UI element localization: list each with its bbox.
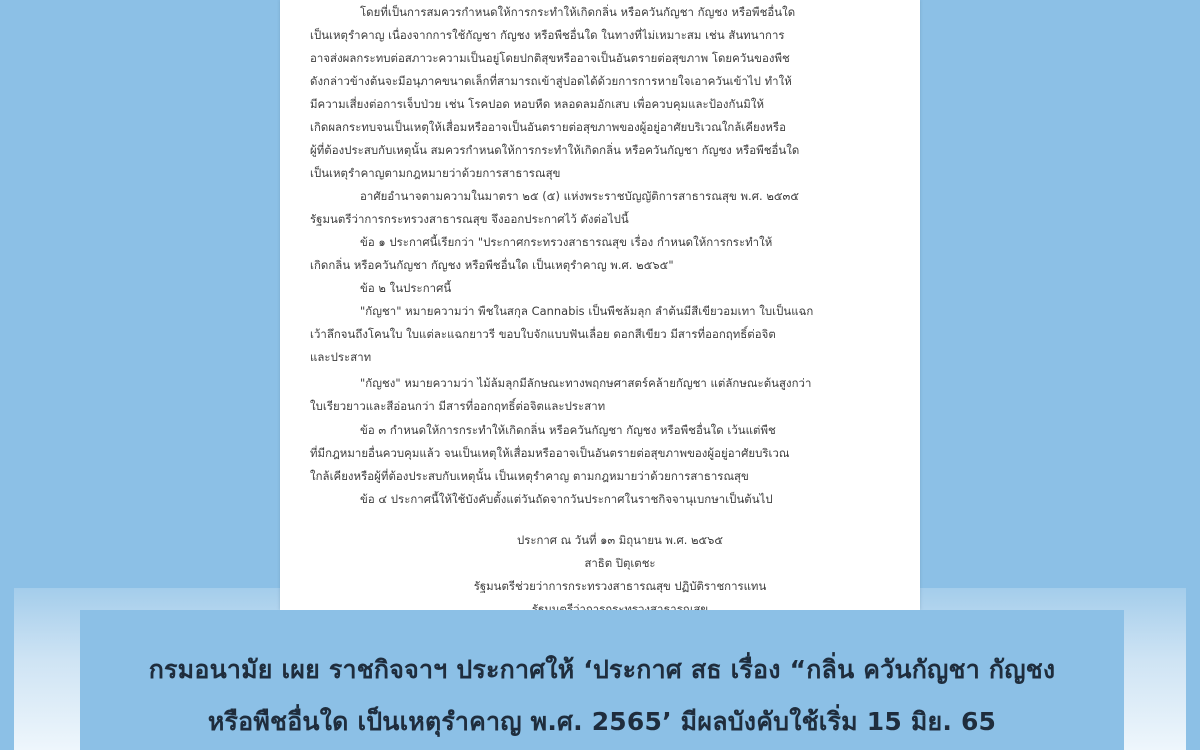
preamble-line: เป็นเหตุรำคาญตามกฎหมายว่าด้วยการสาธารณสุ… bbox=[310, 163, 560, 183]
definition-cannabis-line: เว้าลึกจนถึงโคนใบ ใบแต่ละแฉกยาวรี ขอบใบจ… bbox=[310, 324, 776, 344]
clause-4-line: ข้อ ๔ ประกาศนี้ให้ใช้บังคับตั้งแต่วันถัด… bbox=[360, 489, 773, 509]
signature-position-2: รัฐมนตรีว่าการกระทรวงสาธารณสุข bbox=[300, 599, 940, 610]
clause-1-line: เกิดกลิ่น หรือควันกัญชา กัญชง หรือพืชอื่… bbox=[310, 255, 674, 275]
clause-1-line: ข้อ ๑ ประกาศนี้เรียกว่า "ประกาศกระทรวงสา… bbox=[360, 232, 772, 252]
definition-hemp-line: ใบเรียวยาวและสีอ่อนกว่า มีสารที่ออกฤทธิ์… bbox=[310, 396, 605, 416]
preamble-line: เป็นเหตุรำคาญ เนื่องจากการใช้กัญชา กัญชง… bbox=[310, 25, 785, 45]
preamble-line: เกิดผลกระทบจนเป็นเหตุให้เสื่อมหรืออาจเป็… bbox=[310, 117, 786, 137]
definition-hemp-line: "กัญชง" หมายความว่า ไม้ล้มลุกมีลักษณะทาง… bbox=[360, 373, 811, 393]
announcement-document: โดยที่เป็นการสมควรกำหนดให้การกระทำให้เกิ… bbox=[280, 0, 920, 610]
authority-line: อาศัยอำนาจตามความในมาตรา ๒๕ (๕) แห่งพระร… bbox=[360, 186, 799, 206]
signature-position: รัฐมนตรีช่วยว่าการกระทรวงสาธารณสุข ปฏิบั… bbox=[300, 576, 940, 596]
preamble-line: โดยที่เป็นการสมควรกำหนดให้การกระทำให้เกิ… bbox=[360, 2, 795, 22]
preamble-line: อาจส่งผลกระทบต่อสภาวะความเป็นอยู่โดยปกติ… bbox=[310, 48, 790, 68]
definition-cannabis-line: และประสาท bbox=[310, 347, 371, 367]
clause-3-line: ข้อ ๓ กำหนดให้การกระทำให้เกิดกลิ่น หรือค… bbox=[360, 420, 776, 440]
headline-line-1: กรมอนามัย เผย ราชกิจจาฯ ประกาศให้ ‘ประกา… bbox=[80, 650, 1124, 690]
authority-line: รัฐมนตรีว่าการกระทรวงสาธารณสุข จึงออกประ… bbox=[310, 209, 629, 229]
signature-date: ประกาศ ณ วันที่ ๑๓ มิถุนายน พ.ศ. ๒๕๖๕ bbox=[300, 530, 940, 550]
preamble-line: ผู้ที่ต้องประสบกับเหตุนั้น สมควรกำหนดให้… bbox=[310, 140, 799, 160]
signature-name: สาธิต ปิตุเตชะ bbox=[300, 553, 940, 573]
clause-2-line: ข้อ ๒ ในประกาศนี้ bbox=[360, 278, 451, 298]
headline-banner: กรมอนามัย เผย ราชกิจจาฯ ประกาศให้ ‘ประกา… bbox=[80, 610, 1124, 750]
definition-cannabis-line: "กัญชา" หมายความว่า พืชในสกุล Cannabis เ… bbox=[360, 301, 813, 321]
clause-3-line: ใกล้เคียงหรือผู้ที่ต้องประสบกับเหตุนั้น … bbox=[310, 466, 749, 486]
clause-3-line: ที่มีกฎหมายอื่นควบคุมแล้ว จนเป็นเหตุให้เ… bbox=[310, 443, 790, 463]
preamble-line: มีความเสี่ยงต่อการเจ็บป่วย เช่น โรคปอด ห… bbox=[310, 94, 764, 114]
headline-line-2: หรือพืชอื่นใด เป็นเหตุรำคาญ พ.ศ. 2565’ ม… bbox=[80, 702, 1124, 742]
preamble-line: ดังกล่าวข้างต้นจะมีอนุภาคขนาดเล็กที่สามา… bbox=[310, 71, 792, 91]
